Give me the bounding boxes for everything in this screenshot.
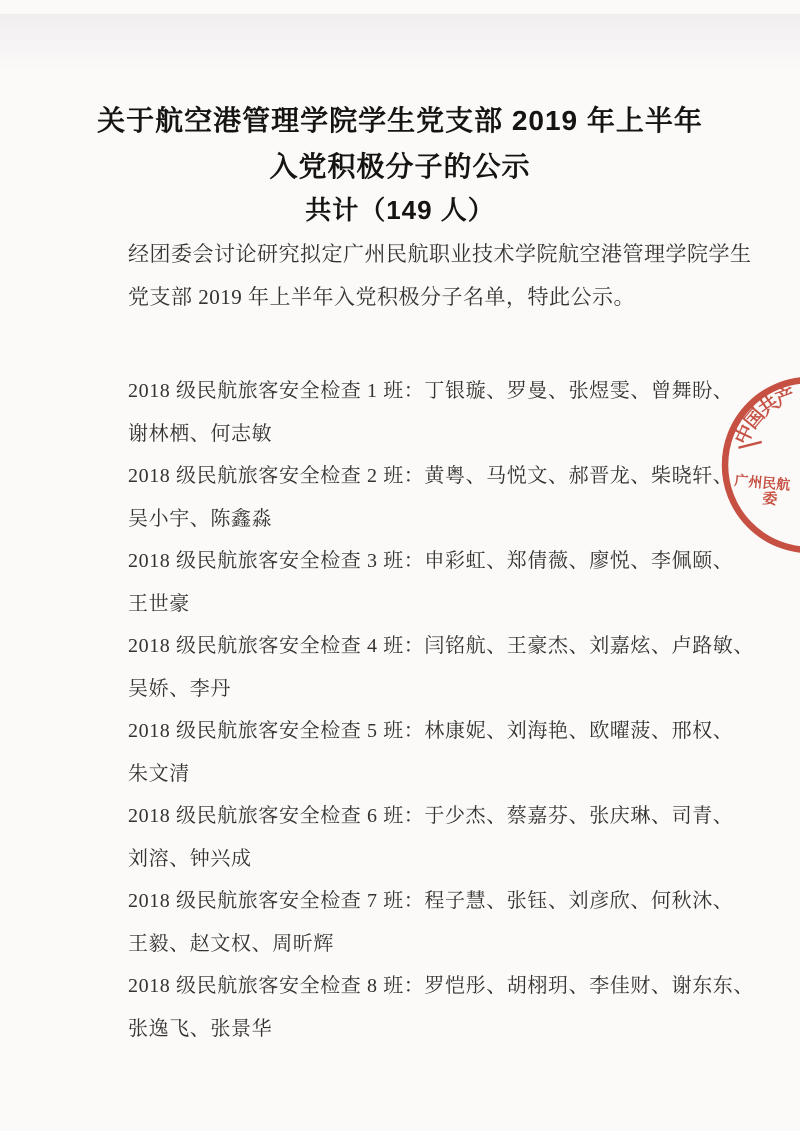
seal-arc-char: 共 <box>754 391 783 421</box>
roster-line: 2018 级民航旅客安全检查 3 班：申彩虹、郑倩薇、廖悦、李佩颐、 <box>128 540 708 583</box>
roster-line: 2018 级民航旅客安全检查 8 班：罗恺彤、胡栩玥、李佳财、谢东东、 <box>128 965 708 1008</box>
seal-dash: — <box>735 428 765 460</box>
seal-circle-border <box>725 380 800 550</box>
roster-line: 吴娇、李丹 <box>128 668 708 711</box>
seal-arc-char: 中 <box>730 421 759 448</box>
intro-paragraph: 经团委会讨论研究拟定广州民航职业技术学院航空港管理学院学生 党支部 2019 年… <box>128 233 696 319</box>
roster-line: 刘溶、钟兴成 <box>128 838 708 881</box>
roster-line: 谢林栖、何志敏 <box>128 413 708 456</box>
seal-inner-char: 委 <box>762 489 779 508</box>
title-line-1: 关于航空港管理学院学生党支部 2019 年上半年 <box>0 98 800 144</box>
title-total-count: 共计（149 人） <box>0 190 800 230</box>
title-line-2: 入党积极分子的公示 <box>0 144 800 190</box>
roster-line: 王毅、赵文权、周昕辉 <box>128 923 708 966</box>
seal-arc-char: 产 <box>772 383 798 411</box>
seal-arc-char: 国 <box>740 404 769 433</box>
roster-line: 2018 级民航旅客安全检查 1 班：丁银璇、罗曼、张煜雯、曾舞盼、 <box>128 370 708 413</box>
class-roster-list: 2018 级民航旅客安全检查 1 班：丁银璇、罗曼、张煜雯、曾舞盼、 谢林栖、何… <box>128 370 708 1050</box>
roster-line: 吴小宇、陈鑫淼 <box>128 498 708 541</box>
scanned-notice-page: 关于航空港管理学院学生党支部 2019 年上半年 入党积极分子的公示 共计（14… <box>0 0 800 1131</box>
roster-line: 2018 级民航旅客安全检查 7 班：程子慧、张钰、刘彦欣、何秋沐、 <box>128 880 708 923</box>
intro-line: 党支部 2019 年上半年入党积极分子名单，特此公示。 <box>128 276 696 319</box>
roster-line: 2018 级民航旅客安全检查 4 班：闫铭航、王豪杰、刘嘉炫、卢路敏、 <box>128 625 708 668</box>
intro-line: 经团委会讨论研究拟定广州民航职业技术学院航空港管理学院学生 <box>128 233 696 276</box>
document-title: 关于航空港管理学院学生党支部 2019 年上半年 入党积极分子的公示 共计（14… <box>0 98 800 230</box>
scan-artifact-band <box>0 14 800 72</box>
seal-graphic: 中 国 共 产 — 广州民航 委 <box>725 380 800 550</box>
roster-line: 2018 级民航旅客安全检查 6 班：于少杰、蔡嘉芬、张庆琳、司青、 <box>128 795 708 838</box>
seal-inner-text: 广州民航 <box>734 472 791 493</box>
roster-line: 2018 级民航旅客安全检查 5 班：林康妮、刘海艳、欧曜菠、邢权、 <box>128 710 708 753</box>
roster-line: 朱文清 <box>128 753 708 796</box>
roster-line: 2018 级民航旅客安全检查 2 班：黄粤、马悦文、郝晋龙、柴晓轩、 <box>128 455 708 498</box>
roster-line: 王世豪 <box>128 583 708 626</box>
roster-line: 张逸飞、张景华 <box>128 1008 708 1051</box>
